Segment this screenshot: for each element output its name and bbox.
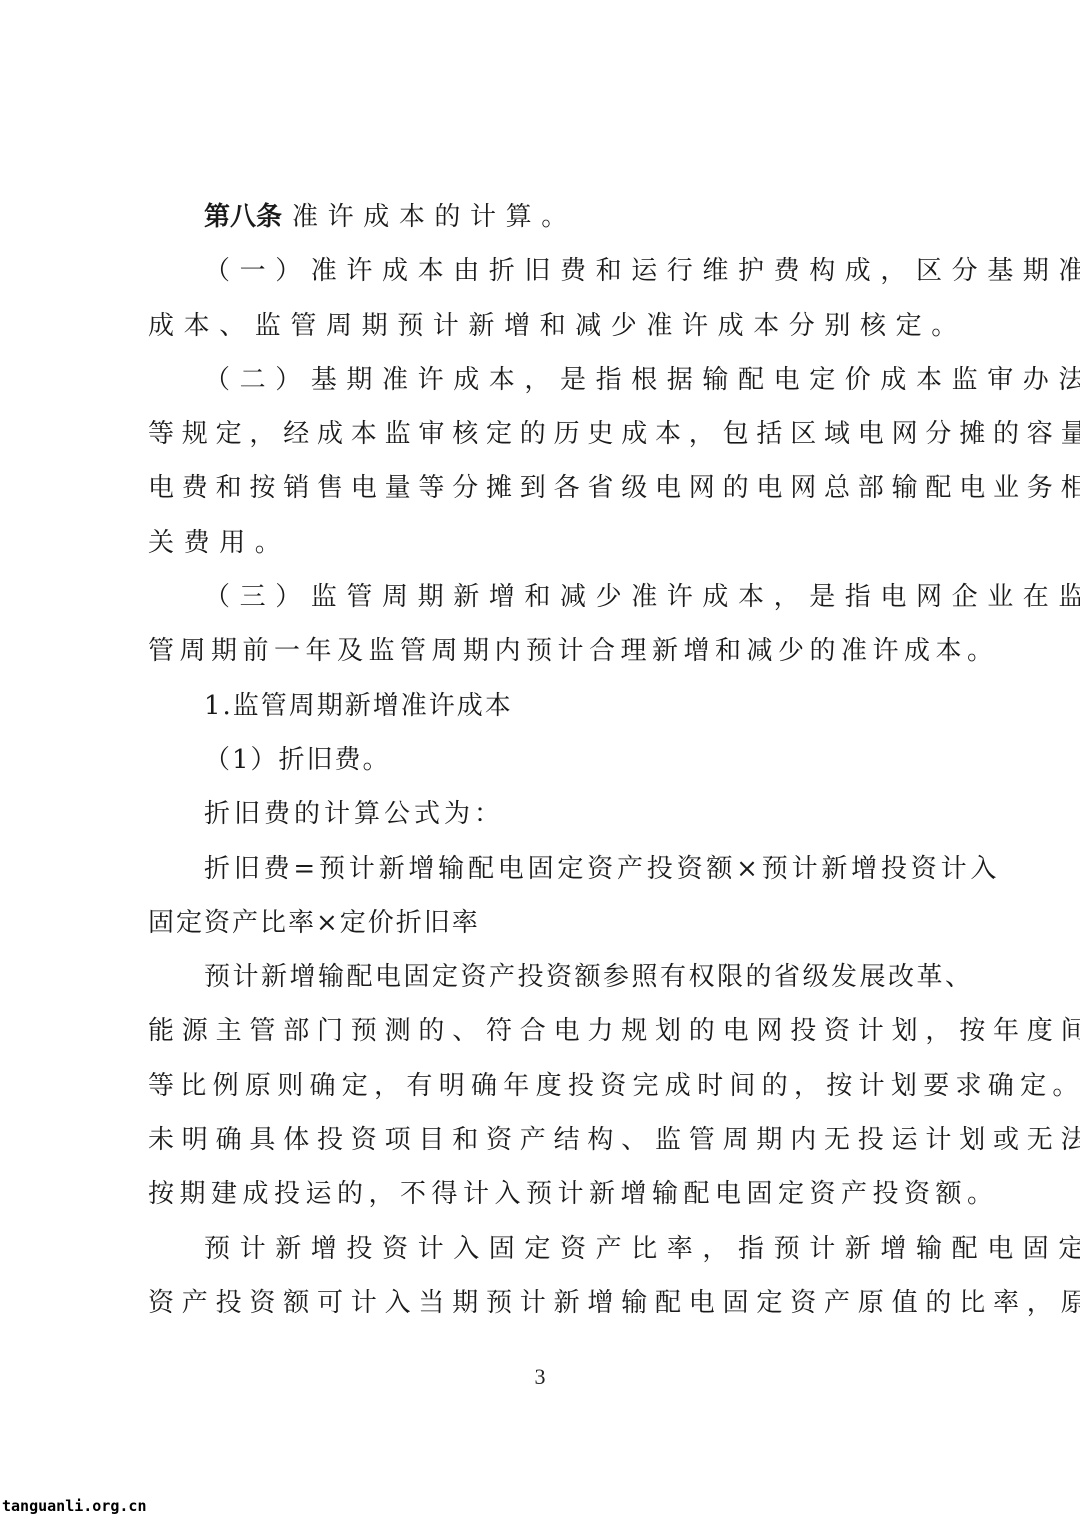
paragraph-line: 预计新增投资计入固定资产比率，指预计新增输配电固定 xyxy=(148,1222,938,1276)
subsection-heading: （1）折旧费。 xyxy=(148,733,938,787)
paragraph-line: 关费用。 xyxy=(148,516,938,570)
formula-line: 折旧费=预计新增输配电固定资产投资额×预计新增投资计入 xyxy=(148,842,938,896)
section-heading: 1.监管周期新增准许成本 xyxy=(148,679,938,733)
paragraph-line: 资产投资额可计入当期预计新增输配电固定资产原值的比率，原 xyxy=(148,1276,938,1330)
paragraph-line: 按期建成投运的，不得计入预计新增输配电固定资产投资额。 xyxy=(148,1167,938,1221)
paragraph-line: （一）准许成本由折旧费和运行维护费构成，区分基期准许 xyxy=(148,244,938,298)
paragraph-line: 未明确具体投资项目和资产结构、监管周期内无投运计划或无法 xyxy=(148,1113,938,1167)
paragraph-line: 等比例原则确定，有明确年度投资完成时间的，按计划要求确定。 xyxy=(148,1059,938,1113)
paragraph-line: （三）监管周期新增和减少准许成本，是指电网企业在监 xyxy=(148,570,938,624)
paragraph-line: （二）基期准许成本，是指根据输配电定价成本监审办法 xyxy=(148,353,938,407)
paragraph-line: 电费和按销售电量等分摊到各省级电网的电网总部输配电业务相 xyxy=(148,461,938,515)
paragraph-line: 等规定，经成本监审核定的历史成本，包括区域电网分摊的容量 xyxy=(148,407,938,461)
article-number: 第八条 xyxy=(204,202,282,232)
paragraph-line: 折旧费的计算公式为： xyxy=(148,787,938,841)
page-number: 3 xyxy=(0,1364,1080,1390)
paragraph-line: 预计新增输配电固定资产投资额参照有权限的省级发展改革、 xyxy=(148,950,938,1004)
formula-line: 固定资产比率×定价折旧率 xyxy=(148,896,938,950)
paragraph-line: 能源主管部门预测的、符合电力规划的电网投资计划，按年度间 xyxy=(148,1004,938,1058)
paragraph-line: 管周期前一年及监管周期内预计合理新增和减少的准许成本。 xyxy=(148,624,938,678)
paragraph-line: 成本、监管周期预计新增和减少准许成本分别核定。 xyxy=(148,299,938,353)
article-heading: 第八条准许成本的计算。 xyxy=(148,190,938,244)
watermark-text: tanguanli.org.cn xyxy=(2,1497,147,1515)
document-page: 第八条准许成本的计算。 （一）准许成本由折旧费和运行维护费构成，区分基期准许 成… xyxy=(148,190,938,1330)
article-title: 准许成本的计算。 xyxy=(292,202,577,232)
